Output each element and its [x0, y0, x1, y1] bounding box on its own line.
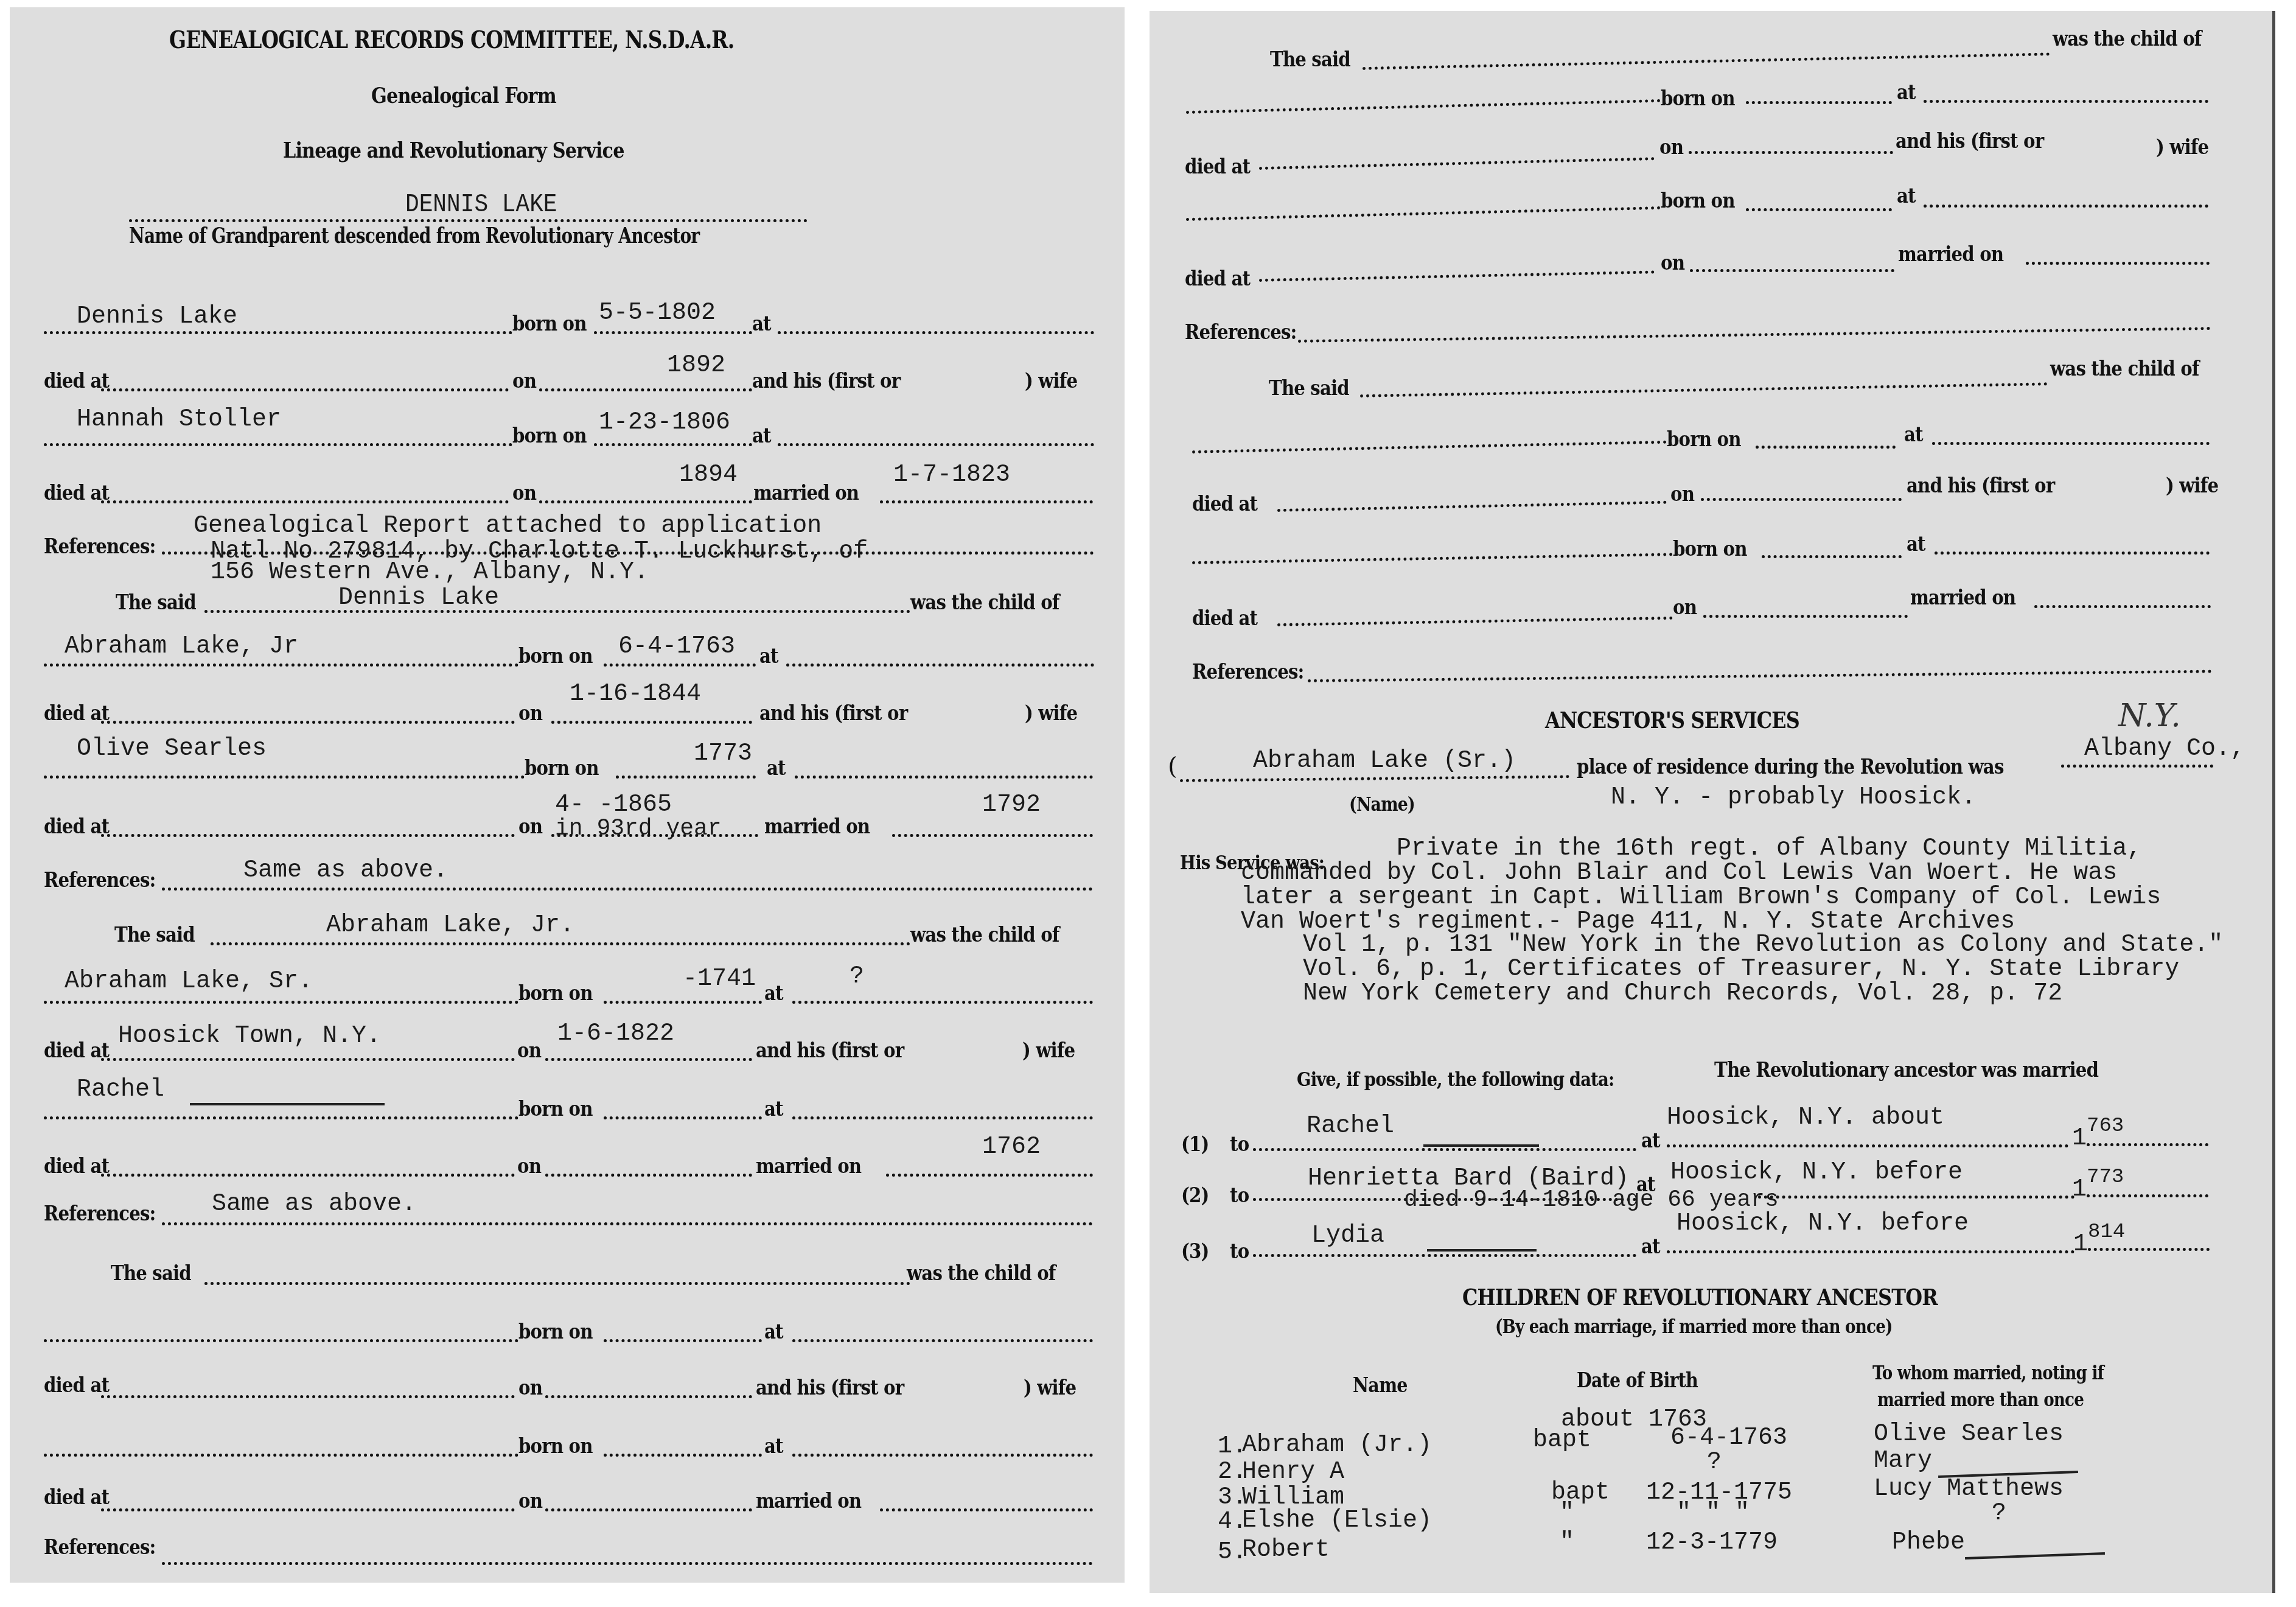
died-at-field[interactable]: Hoosick Town, N.Y.: [118, 1023, 381, 1050]
dotted-line: [1192, 441, 1667, 453]
dotted-line: [1277, 617, 1673, 626]
year-prefix: 1: [2073, 1231, 2088, 1258]
dotted-line: [604, 1454, 762, 1457]
dotted-line: [880, 500, 1093, 503]
child-spouse[interactable]: Phebe: [1892, 1529, 1965, 1556]
label-on: on: [518, 814, 542, 839]
label-at: at: [1636, 1172, 1655, 1197]
child-spouse[interactable]: Lucy Matthews: [1874, 1476, 2064, 1503]
wife-born-on-field[interactable]: 1773: [694, 740, 752, 768]
column-header-name: Name: [1353, 1373, 1408, 1398]
year-suffix: 773: [2087, 1166, 2124, 1189]
spouse-field[interactable]: Lydia: [1311, 1222, 1384, 1250]
wife-name-field[interactable]: Hannah Stoller: [77, 406, 281, 433]
child-birth-prefix[interactable]: bapt: [1533, 1427, 1591, 1454]
label-references: References:: [44, 1202, 156, 1226]
label-died-at: died at: [44, 814, 109, 839]
references-line[interactable]: 156 Western Ave., Albany, N.Y.: [211, 559, 649, 586]
service-line: Vol. 6, p. 1, Certificates of Treasurer,…: [1303, 956, 2179, 983]
label-to: to: [1230, 1239, 1249, 1264]
label-married-on: married on: [1910, 586, 2015, 610]
label-was-the-child-of: was the child of: [2053, 27, 2202, 51]
wife-died-on-field[interactable]: 4- -1865: [555, 791, 672, 819]
born-at-field[interactable]: ?: [850, 963, 864, 990]
residence-handwritten-note: N.Y.: [2118, 698, 2181, 734]
label-born-on: born on: [512, 312, 587, 336]
label-at: at: [1904, 422, 1923, 447]
children-subheading: (By each marriage, if married more than …: [1495, 1315, 1893, 1338]
married-on-field[interactable]: 1-7-1823: [893, 461, 1010, 489]
surname-blank: [1427, 1249, 1537, 1252]
grandparent-name-line: [129, 219, 808, 222]
dotted-line: [1259, 157, 1655, 170]
label-the-said: The said: [116, 590, 196, 615]
child-birth[interactable]: 6-4-1763: [1670, 1424, 1787, 1452]
dotted-line: [1667, 1250, 2074, 1253]
child-birth-prefix[interactable]: ": [1560, 1500, 1574, 1527]
label-was-the-child-of: was the child of: [2050, 357, 2199, 381]
label-to: to: [1230, 1183, 1249, 1208]
dotted-line: [1253, 1254, 1636, 1257]
dotted-line: [44, 443, 512, 446]
label-died-at: died at: [44, 701, 109, 726]
dotted-line: [795, 775, 1093, 779]
dotted-line: [44, 331, 512, 334]
dotted-line: [539, 388, 752, 391]
dotted-line: [1924, 205, 2208, 208]
label-was-the-child-of: was the child of: [907, 1261, 1056, 1286]
wife-died-note[interactable]: in 93rd year: [555, 816, 722, 842]
dotted-line: [545, 1395, 752, 1398]
label-at: at: [764, 1097, 783, 1121]
label-on: on: [1673, 595, 1697, 620]
year-prefix: 1: [2072, 1176, 2087, 1203]
label-on: on: [512, 369, 536, 393]
dotted-line: [101, 388, 509, 391]
residence-field-line1[interactable]: Albany Co.,: [2084, 735, 2245, 763]
label-born-on: born on: [518, 981, 593, 1006]
service-line: New York Cemetery and Church Records, Vo…: [1303, 980, 2062, 1007]
residence-field-line2[interactable]: N. Y. - probably Hoosick.: [1611, 784, 1976, 811]
label-born-on: born on: [525, 756, 599, 780]
died-on-field[interactable]: 1-16-1844: [570, 681, 701, 708]
label-wife: ) wife: [1025, 701, 1077, 726]
died-on-field[interactable]: 1892: [667, 352, 725, 379]
label-the-said: The said: [1269, 376, 1349, 401]
child-birth[interactable]: 12-3-1779: [1646, 1529, 1778, 1556]
form-title: Genealogical Form: [371, 83, 556, 108]
label-married-on: married on: [753, 481, 859, 505]
dotted-line: [101, 721, 515, 724]
dotted-line: [2026, 262, 2210, 265]
label-the-said: The said: [114, 923, 195, 947]
label-on: on: [1670, 482, 1694, 506]
marriage-number: (3): [1181, 1239, 1209, 1264]
dotted-line: [1935, 551, 2210, 555]
label-born-on: born on: [518, 1097, 593, 1121]
label-wife: ) wife: [2156, 135, 2208, 159]
label-born-on: born on: [512, 424, 587, 448]
dotted-line: [204, 1282, 910, 1285]
label-married-on: married on: [756, 1489, 861, 1513]
dotted-line: [1932, 442, 2210, 445]
label-born-on: born on: [518, 1320, 593, 1344]
label-and-his-first-or: and his (first or: [752, 369, 900, 393]
place-field[interactable]: Hoosick, N.Y. before: [1670, 1159, 1963, 1186]
dotted-line: [616, 775, 756, 779]
dotted-line: [2061, 765, 2213, 768]
surname-blank: [1423, 1144, 1539, 1147]
year-field[interactable]: 1763: [2072, 1125, 2124, 1152]
dotted-line: [892, 834, 1093, 837]
label-at: at: [1641, 1129, 1660, 1153]
the-said-field[interactable]: Dennis Lake: [338, 584, 499, 612]
service-line: Vol 1, p. 131 "New York in the Revolutio…: [1303, 931, 2223, 959]
marriage-number: (1): [1181, 1132, 1209, 1157]
born-on-field[interactable]: -1741: [683, 965, 756, 993]
dotted-line: [1277, 501, 1667, 512]
label-died-at: died at: [1185, 267, 1250, 291]
label-references: References:: [1192, 660, 1304, 684]
label-wife: ) wife: [1022, 1038, 1075, 1063]
label-references: References:: [44, 868, 156, 892]
dotted-line: [44, 663, 518, 667]
dotted-line: [792, 1116, 1093, 1119]
label-and-his-first-or: and his (first or: [1896, 129, 2043, 153]
dotted-line: [2088, 1248, 2210, 1251]
label-references: References:: [1185, 320, 1297, 345]
dotted-line: [1758, 1196, 2074, 1199]
year-suffix: 763: [2087, 1115, 2124, 1138]
label-and-his-first-or: and his (first or: [1907, 474, 2054, 498]
dotted-line: [1259, 270, 1655, 282]
label-at: at: [1897, 184, 1916, 208]
label-was-the-child-of: was the child of: [910, 590, 1059, 615]
children-heading: CHILDREN OF REVOLUTIONARY ANCESTOR: [1462, 1283, 1938, 1311]
references-line[interactable]: Same as above.: [243, 857, 448, 884]
dotted-line: [604, 1339, 762, 1342]
label-the-said: The said: [111, 1261, 191, 1286]
place-field[interactable]: Hoosick, N.Y. before: [1677, 1210, 1969, 1238]
dotted-line: [101, 1395, 515, 1398]
dotted-line: [101, 1058, 515, 1061]
dotted-line: [1924, 100, 2208, 103]
dotted-line: [604, 1001, 762, 1004]
dotted-line: [2034, 605, 2211, 608]
dotted-line: [778, 443, 1094, 446]
label-at: at: [764, 1434, 783, 1458]
dotted-line: [1701, 498, 1902, 501]
dotted-line: [1756, 446, 1896, 449]
dotted-line: [551, 721, 752, 724]
dotted-line: [886, 1174, 1093, 1177]
dotted-line: [44, 775, 525, 779]
dotted-line: [101, 1508, 515, 1511]
dotted-line: [162, 1222, 1093, 1225]
label-married-on: married on: [1898, 242, 2003, 267]
dotted-line: [101, 1174, 515, 1177]
label-born-on: born on: [1667, 427, 1741, 452]
child-birth-prefix[interactable]: ": [1560, 1529, 1574, 1556]
ancestor-name-caption: (Name): [1349, 793, 1415, 816]
label-at: at: [1907, 532, 1925, 556]
label-at: at: [767, 756, 786, 780]
label-died-at: died at: [44, 481, 109, 505]
grandparent-caption: Name of Grandparent descended from Revol…: [129, 223, 699, 248]
dotted-line: [604, 1116, 762, 1119]
year-field[interactable]: 1814: [2073, 1231, 2125, 1258]
label-on: on: [512, 481, 536, 505]
dotted-line: [539, 500, 752, 503]
references-line[interactable]: Same as above.: [212, 1191, 416, 1218]
dotted-line: [44, 1454, 518, 1457]
label-married-on: married on: [756, 1154, 861, 1178]
label-died-at: died at: [44, 1373, 109, 1398]
dotted-line: [1360, 382, 2048, 397]
year-prefix: 1: [2072, 1125, 2087, 1152]
label-was-the-child-of: was the child of: [910, 923, 1059, 947]
person-name-field[interactable]: Abraham Lake, Sr.: [65, 968, 313, 995]
ancestor-name-field[interactable]: Abraham Lake (Sr.): [1253, 747, 1516, 775]
dotted-line: [1186, 206, 1661, 221]
dotted-line: [44, 1116, 518, 1119]
dotted-line: [101, 834, 515, 837]
died-on-field[interactable]: 1-6-1822: [557, 1020, 674, 1048]
label-and-his-first-or: and his (first or: [756, 1376, 904, 1400]
marriage-number: (2): [1181, 1183, 1209, 1208]
label-married-on: married on: [764, 814, 870, 839]
dotted-line: [101, 500, 509, 503]
child-name[interactable]: Henry A: [1242, 1458, 1344, 1486]
wife-name-field[interactable]: Olive Searles: [77, 735, 267, 763]
married-on-field[interactable]: 1762: [982, 1133, 1041, 1161]
column-header-married-line2: married more than once: [1877, 1388, 2084, 1411]
dotted-line: [1667, 1144, 2068, 1147]
label-at: at: [1897, 80, 1916, 105]
label-born-on: born on: [1661, 189, 1735, 213]
label-died-at: died at: [1192, 606, 1257, 631]
label-died-at: died at: [44, 369, 109, 393]
column-header-married-line1: To whom married, noting if: [1872, 1361, 2104, 1384]
child-birth[interactable]: " " ": [1677, 1500, 1750, 1527]
dotted-line: [594, 443, 752, 446]
label-at: at: [752, 424, 771, 448]
form-page-right: The said was the child of born on at die…: [1150, 11, 2275, 1593]
ancestor-services-heading: ANCESTOR'S SERVICES: [1545, 706, 1799, 733]
dotted-line: [1746, 101, 1892, 104]
service-line: later a sergeant in Capt. William Brown'…: [1241, 884, 2161, 911]
label-died-at: died at: [44, 1154, 109, 1178]
label-and-his-first-or: and his (first or: [759, 701, 907, 726]
label-on: on: [517, 1038, 541, 1063]
dotted-line: [786, 663, 1094, 667]
dotted-line: [1762, 555, 1902, 558]
label-at: at: [764, 981, 783, 1006]
born-on-field[interactable]: 6-4-1763: [618, 633, 735, 660]
column-header-date-of-birth: Date of Birth: [1577, 1368, 1698, 1393]
committee-title: GENEALOGICAL RECORDS COMMITTEE, N.S.D.A.…: [169, 26, 734, 54]
dotted-line: [792, 1001, 1093, 1004]
dotted-line: [1690, 269, 1894, 272]
child-spouse[interactable]: Mary: [1874, 1448, 1932, 1475]
dotted-line: [1308, 670, 2212, 682]
label-wife: ) wife: [1025, 369, 1077, 393]
spouse-surname-blank: [1965, 1552, 2105, 1560]
dotted-line: [204, 610, 910, 613]
dotted-line: [1746, 208, 1892, 211]
dotted-line: [1363, 52, 2050, 70]
form-subtitle: Lineage and Revolutionary Service: [283, 138, 624, 163]
label-wife: ) wife: [1024, 1376, 1076, 1400]
dotted-line: [1298, 327, 2211, 343]
child-spouse[interactable]: Olive Searles: [1874, 1421, 2064, 1448]
dotted-line: [545, 1174, 752, 1177]
child-name[interactable]: Abraham (Jr.): [1242, 1432, 1432, 1459]
dotted-line: [2087, 1194, 2208, 1197]
label-on: on: [1659, 135, 1683, 159]
marriages-intro-value: The Revolutionary ancestor was married: [1714, 1058, 2098, 1082]
dotted-line: [162, 1562, 1093, 1565]
label-on: on: [518, 701, 542, 726]
dotted-line: [792, 1339, 1093, 1342]
label-residence: place of residence during the Revolution…: [1577, 755, 2004, 779]
label-references: References:: [44, 1535, 156, 1560]
dotted-line: [551, 834, 758, 837]
label-died-at: died at: [44, 1038, 109, 1063]
born-on-field[interactable]: 5-5-1802: [599, 299, 716, 327]
service-line: commanded by Col. John Blair and Col Lew…: [1241, 860, 2117, 887]
dotted-line: [792, 1454, 1093, 1457]
year-suffix: 814: [2088, 1220, 2125, 1244]
label-at: at: [759, 644, 778, 668]
label-died-at: died at: [1192, 492, 1257, 516]
wife-born-on-field[interactable]: 1-23-1806: [599, 409, 730, 436]
the-said-field[interactable]: Abraham Lake, Jr.: [326, 912, 574, 939]
year-field[interactable]: 1773: [2072, 1176, 2124, 1203]
dotted-line: [778, 331, 1094, 334]
label-on: on: [1661, 251, 1684, 275]
dotted-line: [1192, 553, 1673, 564]
label-references: References:: [44, 534, 156, 559]
open-paren: (: [1168, 752, 1178, 780]
dotted-line: [162, 888, 1093, 891]
label-died-at: died at: [44, 1485, 109, 1510]
dotted-line: [545, 1058, 752, 1061]
label-and-his-first-or: and his (first or: [756, 1038, 904, 1063]
label-born-on: born on: [518, 1434, 593, 1458]
spouse-field[interactable]: Rachel: [1307, 1113, 1394, 1140]
wife-died-on-field[interactable]: 1894: [679, 461, 738, 489]
dotted-line: [880, 1508, 1093, 1511]
place-field[interactable]: Hoosick, N.Y. about: [1667, 1104, 1944, 1132]
grandparent-name: DENNIS LAKE: [405, 190, 557, 219]
married-on-field[interactable]: 1792: [982, 791, 1041, 819]
dotted-line: [211, 942, 910, 945]
form-page-left: GENEALOGICAL RECORDS COMMITTEE, N.S.D.A.…: [10, 7, 1125, 1583]
dotted-line: [604, 663, 756, 667]
label-on: on: [518, 1376, 542, 1400]
dotted-line: [2087, 1143, 2208, 1146]
child-spouse[interactable]: ?: [1992, 1500, 2006, 1527]
person-name-field[interactable]: Dennis Lake: [77, 303, 237, 331]
label-at: at: [752, 312, 771, 336]
dotted-line: [1253, 1148, 1636, 1151]
references-line[interactable]: Genealogical Report attached to applicat…: [194, 513, 822, 540]
child-birth[interactable]: ?: [1707, 1449, 1722, 1476]
label-born-on: born on: [1661, 86, 1735, 111]
dotted-line: [545, 1508, 752, 1511]
label-born-on: born on: [1673, 537, 1747, 561]
label-wife: ) wife: [2166, 474, 2218, 498]
dotted-line: [1689, 151, 1893, 154]
label-to: to: [1230, 1132, 1249, 1157]
child-name[interactable]: Elshe (Elsie): [1242, 1507, 1432, 1535]
label-on: on: [517, 1154, 541, 1178]
dotted-line: [1703, 615, 1908, 618]
label-born-on: born on: [518, 644, 593, 668]
service-line: Private in the 16th regt. of Albany Coun…: [1397, 835, 2141, 863]
marriages-intro-label: Give, if possible, the following data:: [1297, 1068, 1614, 1091]
dotted-line: [1180, 775, 1569, 782]
wife-name-field[interactable]: Rachel: [77, 1076, 164, 1104]
dotted-line: [44, 1001, 518, 1004]
dotted-line: [594, 331, 752, 334]
label-at: at: [764, 1320, 783, 1344]
spouse-note[interactable]: died 9-14-1810 age 66 years: [1404, 1187, 1779, 1213]
child-name[interactable]: Robert: [1242, 1536, 1330, 1564]
label-died-at: died at: [1185, 155, 1250, 179]
person-name-field[interactable]: Abraham Lake, Jr: [65, 633, 298, 660]
label-the-said: The said: [1270, 47, 1350, 72]
label-on: on: [518, 1489, 542, 1513]
label-at: at: [1641, 1234, 1660, 1259]
dotted-line: [44, 1339, 518, 1342]
dotted-line: [1186, 99, 1661, 114]
wife-surname-blank: [190, 1103, 385, 1105]
